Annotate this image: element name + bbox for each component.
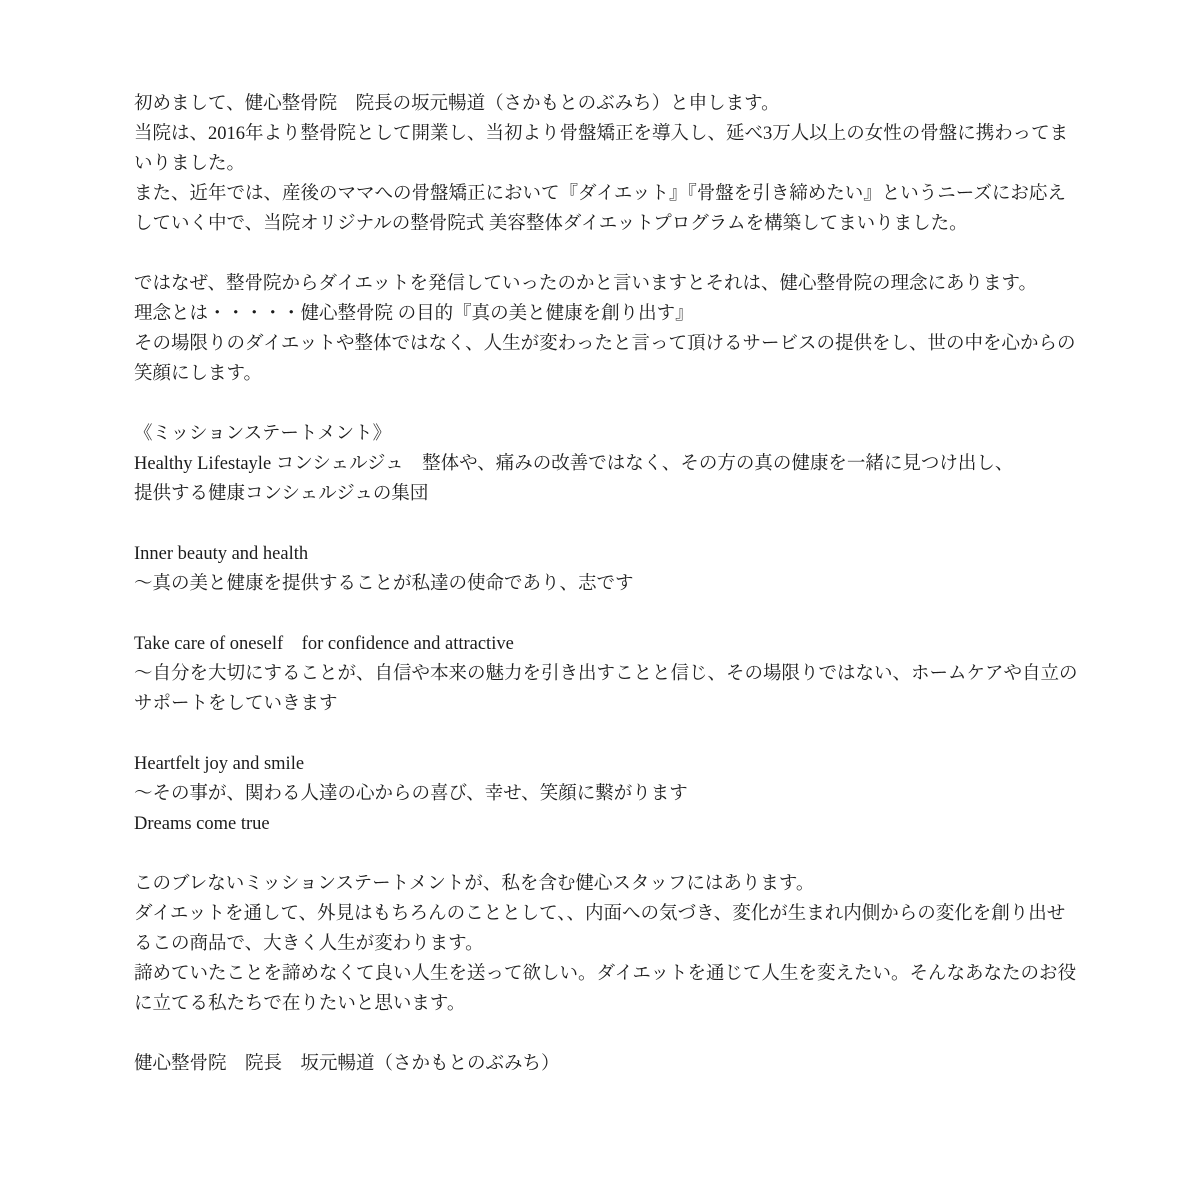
paragraph-philosophy: ではなぜ、整骨院からダイエットを発信していったのかと言いますとそれは、健心整骨院… [134, 269, 1082, 389]
paragraph-inner-beauty: Inner beauty and health ～真の美と健康を提供することが私… [134, 539, 1082, 599]
signature-line: 健心整骨院 院長 坂元暢道（さかもとのぶみち） [134, 1049, 1082, 1079]
paragraph-heartfelt: Heartfelt joy and smile ～その事が、関わる人達の心からの… [134, 749, 1082, 839]
document-page: 初めまして、健心整骨院 院長の坂元暢道（さかもとのぶみち）と申します。 当院は、… [0, 0, 1200, 1193]
paragraph-mission-statement: 《ミッションステートメント》 Healthy Lifestayle コンシェルジ… [134, 419, 1082, 509]
paragraph-take-care: Take care of oneself for confidence and … [134, 629, 1082, 719]
document-body: 初めまして、健心整骨院 院長の坂元暢道（さかもとのぶみち）と申します。 当院は、… [134, 89, 1082, 1079]
paragraph-closing: このブレないミッションステートメントが、私を含む健心スタッフにはあります。 ダイ… [134, 869, 1082, 1019]
paragraph-intro: 初めまして、健心整骨院 院長の坂元暢道（さかもとのぶみち）と申します。 当院は、… [134, 89, 1082, 239]
